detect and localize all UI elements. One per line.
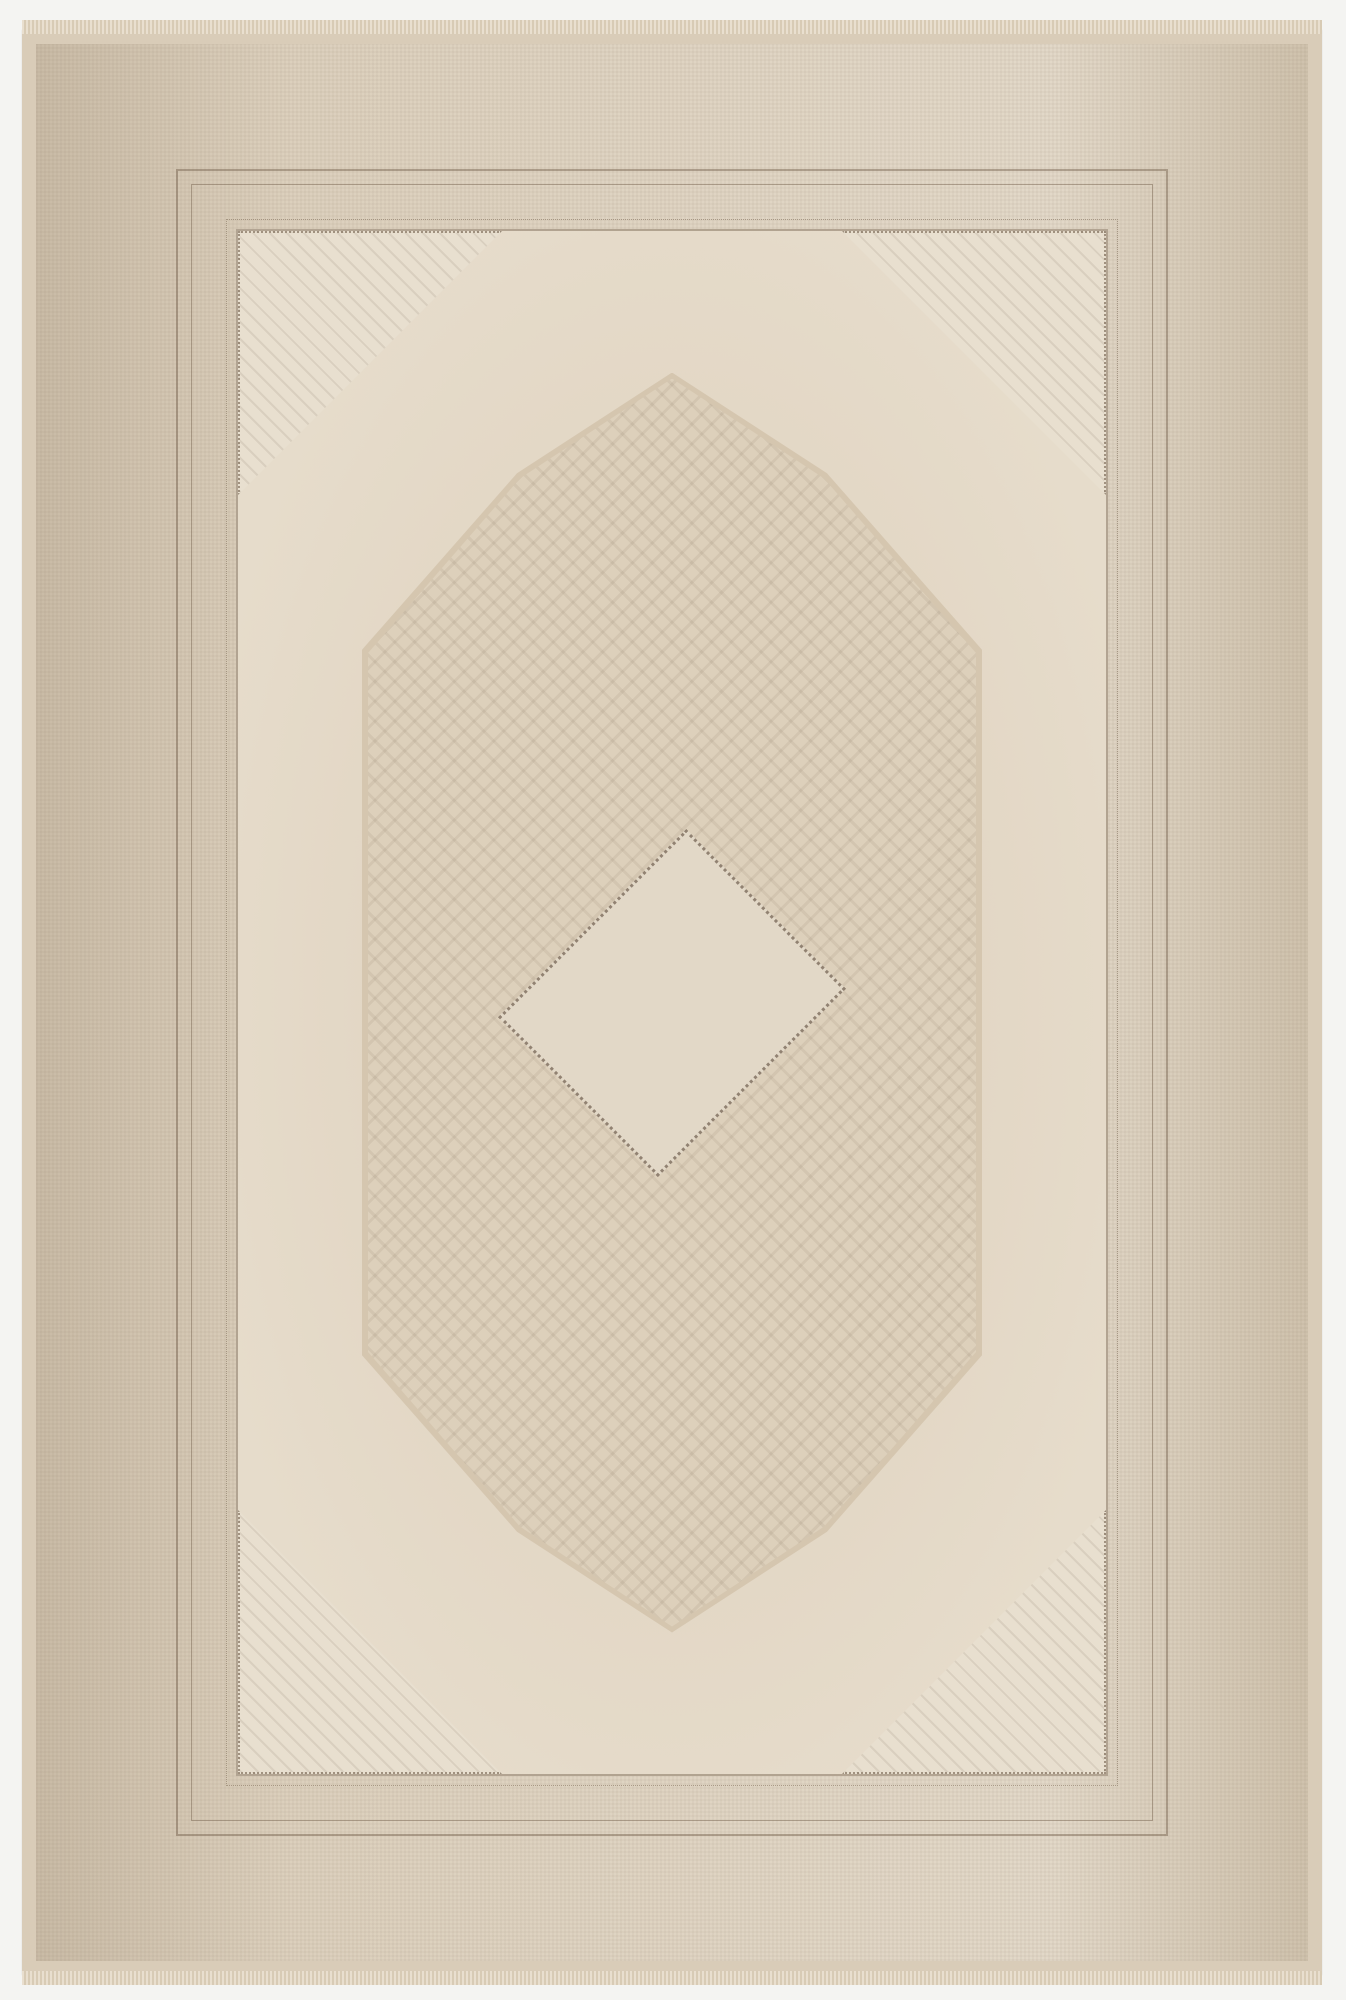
rug — [22, 30, 1322, 1975]
top-fringe — [22, 20, 1322, 34]
corner-spandrel-bottom-right — [842, 1510, 1106, 1774]
outer-border — [36, 44, 1308, 1961]
bottom-fringe — [22, 1971, 1322, 1985]
corner-spandrel-top-right — [842, 231, 1106, 495]
corner-spandrel-bottom-left — [238, 1510, 502, 1774]
corner-spandrel-top-left — [238, 231, 502, 495]
rug-field — [236, 229, 1108, 1776]
